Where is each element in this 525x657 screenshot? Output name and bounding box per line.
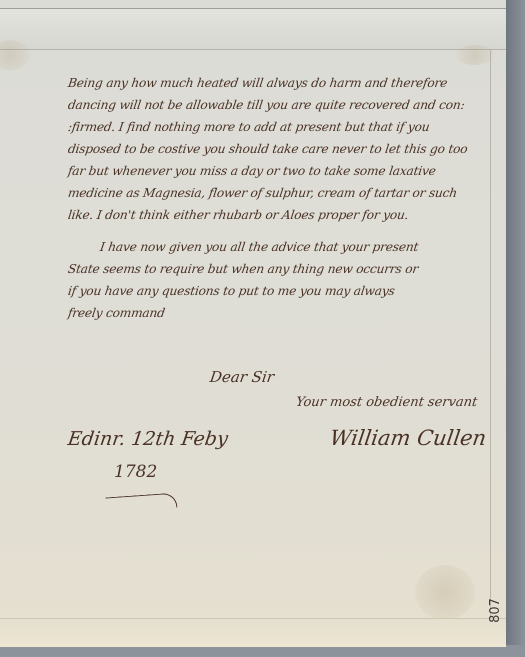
body-line: I have now given you all the advice that… [99,240,419,254]
year: 1782 [114,462,157,482]
body-line: if you have any questions to put to me y… [67,284,396,298]
body-line: like. I don't think either rhubarb or Al… [67,208,409,222]
body-line: :firmed. I find nothing more to add at p… [67,120,430,134]
paper-stain [455,45,495,65]
body-line: far but whenever you miss a day or two t… [67,164,437,178]
body-line: dancing will not be allowable till you a… [67,98,466,112]
closing: Your most obedient servant [295,395,478,410]
folio-number: 807 [488,598,503,623]
page-bottom-strip [0,618,506,647]
page-edge-line [490,50,491,635]
body-line: medicine as Magnesia, flower of sulphur,… [67,186,458,200]
body-line: Being any how much heated will always do… [67,76,448,90]
body-line: freely command [67,306,166,320]
place-date: Edinr. 12th Feby [66,428,229,450]
scan-backdrop-right [506,0,525,657]
body-line: disposed to be costive you should take c… [67,142,468,156]
top-fold-strip [0,8,506,50]
salutation: Dear Sir [209,368,276,386]
signature: William Cullen [328,426,488,450]
body-line: State seems to require but when any thin… [67,262,419,276]
paper-stain [415,565,475,620]
pen-flourish [106,493,178,513]
letter-page: Being any how much heated will always do… [0,0,506,646]
